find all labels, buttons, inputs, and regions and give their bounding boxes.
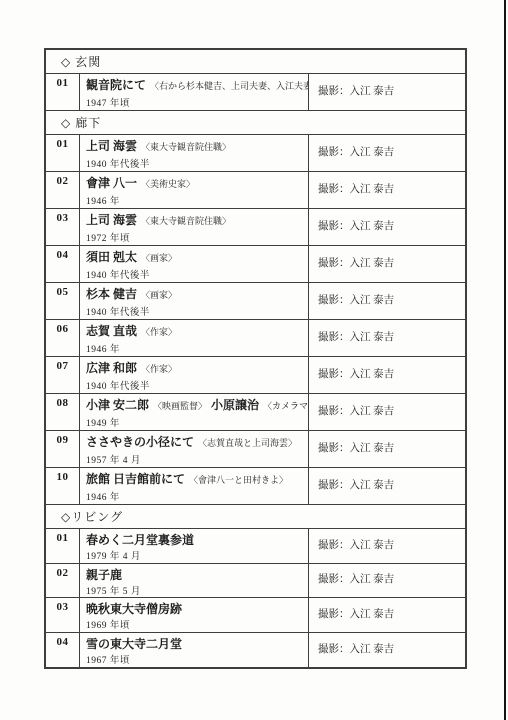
title-line: 小津 安二郎〈映画監督〉小原譲治〈カメラマン〉 bbox=[86, 398, 306, 413]
photographer-credit: 撮影：入江 泰吉 bbox=[309, 598, 465, 632]
table-row: 08小津 安二郎〈映画監督〉小原譲治〈カメラマン〉1949 年撮影：入江 泰吉 bbox=[46, 394, 465, 431]
photo-title: 春めく二月堂裏参道 bbox=[86, 533, 194, 547]
photo-date: 1979 年 4 月 bbox=[86, 552, 306, 563]
row-title-cell: 志賀 直哉〈作家〉1946 年 bbox=[80, 320, 309, 356]
table-row: 01上司 海雲〈東大寺観音院住職〉1940 年代後半撮影：入江 泰吉 bbox=[46, 135, 465, 172]
table-row: 02會津 八一〈美術史家〉1946 年撮影：入江 泰吉 bbox=[46, 172, 465, 209]
photo-title: 小津 安二郎 bbox=[86, 398, 149, 412]
row-number: 01 bbox=[46, 135, 80, 171]
title-line: 志賀 直哉〈作家〉 bbox=[86, 324, 306, 339]
row-number: 02 bbox=[46, 564, 80, 598]
row-title-cell: 上司 海雲〈東大寺観音院住職〉1972 年頃 bbox=[80, 209, 309, 245]
table-row: 02親子鹿1975 年 5 月撮影：入江 泰吉 bbox=[46, 564, 465, 599]
row-title-cell: 春めく二月堂裏参道1979 年 4 月 bbox=[80, 529, 309, 563]
photographer-credit: 撮影：入江 泰吉 bbox=[309, 394, 465, 430]
photo-date: 1969 年頃 bbox=[86, 621, 306, 632]
row-title-cell: 杉本 健吉〈画家〉1940 年代後半 bbox=[80, 283, 309, 319]
row-number: 02 bbox=[46, 172, 80, 208]
photo-annotation: 〈画家〉 bbox=[141, 290, 177, 300]
photo-title: 上司 海雲 bbox=[86, 213, 137, 227]
row-number: 07 bbox=[46, 357, 80, 393]
table-row: 07広津 和郎〈作家〉1940 年代後半撮影：入江 泰吉 bbox=[46, 357, 465, 394]
row-title-cell: 會津 八一〈美術史家〉1946 年 bbox=[80, 172, 309, 208]
row-number: 04 bbox=[46, 246, 80, 282]
row-title-cell: 観音院にて〈右から杉本健吉、上司夫妻、入江夫妻〉1947 年頃 bbox=[80, 74, 309, 110]
row-title-cell: ささやきの小径にて〈志賀直哉と上司海雲〉1957 年 4 月 bbox=[80, 431, 309, 467]
photo-date: 1949 年 bbox=[86, 419, 306, 430]
row-title-cell: 須田 剋太〈画家〉1940 年代後半 bbox=[80, 246, 309, 282]
row-title-cell: 雪の東大寺二月堂1967 年頃 bbox=[80, 633, 309, 668]
row-title-cell: 親子鹿1975 年 5 月 bbox=[80, 564, 309, 598]
photographer-credit: 撮影：入江 泰吉 bbox=[309, 74, 465, 110]
photo-list-table: ◇ 玄関01観音院にて〈右から杉本健吉、上司夫妻、入江夫妻〉1947 年頃撮影：… bbox=[44, 48, 467, 669]
table-row: 01観音院にて〈右から杉本健吉、上司夫妻、入江夫妻〉1947 年頃撮影：入江 泰… bbox=[46, 74, 465, 111]
row-number: 03 bbox=[46, 209, 80, 245]
title-line: 上司 海雲〈東大寺観音院住職〉 bbox=[86, 213, 306, 228]
row-title-cell: 小津 安二郎〈映画監督〉小原譲治〈カメラマン〉1949 年 bbox=[80, 394, 309, 430]
photo-annotation: 〈画家〉 bbox=[141, 253, 177, 263]
photo-title: 杉本 健吉 bbox=[86, 287, 137, 301]
scan-edge-artifact bbox=[504, 0, 506, 720]
photo-date: 1957 年 4 月 bbox=[86, 456, 306, 467]
title-line: 杉本 健吉〈画家〉 bbox=[86, 287, 306, 302]
photo-date: 1940 年代後半 bbox=[86, 382, 306, 393]
photographer-credit: 撮影：入江 泰吉 bbox=[309, 357, 465, 393]
row-number: 01 bbox=[46, 529, 80, 563]
photo-title: 親子鹿 bbox=[86, 568, 122, 582]
photo-title: ささやきの小径にて bbox=[86, 435, 194, 449]
table-row: 03晩秋東大寺僧房跡1969 年頃撮影：入江 泰吉 bbox=[46, 598, 465, 633]
title-line: 雪の東大寺二月堂 bbox=[86, 637, 306, 651]
table-row: 06志賀 直哉〈作家〉1946 年撮影：入江 泰吉 bbox=[46, 320, 465, 357]
photographer-credit: 撮影：入江 泰吉 bbox=[309, 246, 465, 282]
row-number: 10 bbox=[46, 468, 80, 504]
photo-title: 旅館 日吉館前にて bbox=[86, 472, 185, 486]
photographer-credit: 撮影：入江 泰吉 bbox=[309, 209, 465, 245]
title-line: 観音院にて〈右から杉本健吉、上司夫妻、入江夫妻〉 bbox=[86, 78, 306, 93]
photographer-credit: 撮影：入江 泰吉 bbox=[309, 172, 465, 208]
row-number: 06 bbox=[46, 320, 80, 356]
photo-title: 晩秋東大寺僧房跡 bbox=[86, 602, 182, 616]
photo-title: 須田 剋太 bbox=[86, 250, 137, 264]
title-line: ささやきの小径にて〈志賀直哉と上司海雲〉 bbox=[86, 435, 306, 450]
photo-date: 1967 年頃 bbox=[86, 656, 306, 667]
photo-annotation: 〈右から杉本健吉、上司夫妻、入江夫妻〉 bbox=[150, 81, 309, 91]
photographer-credit: 撮影：入江 泰吉 bbox=[309, 283, 465, 319]
photo-date: 1940 年代後半 bbox=[86, 160, 306, 171]
photo-title: 志賀 直哉 bbox=[86, 324, 137, 338]
row-number: 04 bbox=[46, 633, 80, 668]
title-line: 春めく二月堂裏参道 bbox=[86, 533, 306, 547]
row-title-cell: 晩秋東大寺僧房跡1969 年頃 bbox=[80, 598, 309, 632]
row-number: 08 bbox=[46, 394, 80, 430]
section-heading: ◇リビング bbox=[46, 505, 465, 529]
photo-date: 1947 年頃 bbox=[86, 99, 306, 110]
section-heading: ◇ 玄関 bbox=[46, 50, 465, 74]
row-title-cell: 上司 海雲〈東大寺観音院住職〉1940 年代後半 bbox=[80, 135, 309, 171]
photographer-credit: 撮影：入江 泰吉 bbox=[309, 564, 465, 598]
photo-title: 會津 八一 bbox=[86, 176, 137, 190]
row-number: 09 bbox=[46, 431, 80, 467]
row-title-cell: 広津 和郎〈作家〉1940 年代後半 bbox=[80, 357, 309, 393]
row-title-cell: 旅館 日吉館前にて〈會津八一と田村きよ〉1946 年 bbox=[80, 468, 309, 504]
photographer-credit: 撮影：入江 泰吉 bbox=[309, 135, 465, 171]
table-row: 05杉本 健吉〈画家〉1940 年代後半撮影：入江 泰吉 bbox=[46, 283, 465, 320]
row-number: 01 bbox=[46, 74, 80, 110]
title-line: 須田 剋太〈画家〉 bbox=[86, 250, 306, 265]
photo-title: 上司 海雲 bbox=[86, 139, 137, 153]
photo-date: 1946 年 bbox=[86, 197, 306, 208]
photo-title: 小原譲治 bbox=[211, 398, 259, 412]
photo-date: 1946 年 bbox=[86, 345, 306, 356]
photo-title: 観音院にて bbox=[86, 78, 146, 92]
table-row: 04雪の東大寺二月堂1967 年頃撮影：入江 泰吉 bbox=[46, 633, 465, 668]
photo-annotation: 〈映画監督〉 bbox=[153, 401, 207, 411]
photographer-credit: 撮影：入江 泰吉 bbox=[309, 529, 465, 563]
table-row: 04須田 剋太〈画家〉1940 年代後半撮影：入江 泰吉 bbox=[46, 246, 465, 283]
photo-annotation: 〈東大寺観音院住職〉 bbox=[141, 216, 231, 226]
row-number: 03 bbox=[46, 598, 80, 632]
photographer-credit: 撮影：入江 泰吉 bbox=[309, 320, 465, 356]
title-line: 上司 海雲〈東大寺観音院住職〉 bbox=[86, 139, 306, 154]
photo-title: 雪の東大寺二月堂 bbox=[86, 637, 182, 651]
photo-annotation: 〈作家〉 bbox=[141, 327, 177, 337]
photo-annotation: 〈カメラマン〉 bbox=[263, 401, 309, 411]
photo-date: 1940 年代後半 bbox=[86, 308, 306, 319]
photo-date: 1946 年 bbox=[86, 493, 306, 504]
table-row: 01春めく二月堂裏参道1979 年 4 月撮影：入江 泰吉 bbox=[46, 529, 465, 564]
section-heading: ◇ 廊下 bbox=[46, 111, 465, 135]
title-line: 晩秋東大寺僧房跡 bbox=[86, 602, 306, 616]
photographer-credit: 撮影：入江 泰吉 bbox=[309, 431, 465, 467]
title-line: 會津 八一〈美術史家〉 bbox=[86, 176, 306, 191]
photo-title: 広津 和郎 bbox=[86, 361, 137, 375]
photo-annotation: 〈作家〉 bbox=[141, 364, 177, 374]
photo-date: 1972 年頃 bbox=[86, 234, 306, 245]
photographer-credit: 撮影：入江 泰吉 bbox=[309, 633, 465, 668]
photo-annotation: 〈會津八一と田村きよ〉 bbox=[189, 475, 288, 485]
title-line: 親子鹿 bbox=[86, 568, 306, 582]
table-row: 10旅館 日吉館前にて〈會津八一と田村きよ〉1946 年撮影：入江 泰吉 bbox=[46, 468, 465, 505]
photo-annotation: 〈東大寺観音院住職〉 bbox=[141, 142, 231, 152]
photo-annotation: 〈志賀直哉と上司海雲〉 bbox=[198, 438, 297, 448]
table-row: 03上司 海雲〈東大寺観音院住職〉1972 年頃撮影：入江 泰吉 bbox=[46, 209, 465, 246]
row-number: 05 bbox=[46, 283, 80, 319]
title-line: 広津 和郎〈作家〉 bbox=[86, 361, 306, 376]
title-line: 旅館 日吉館前にて〈會津八一と田村きよ〉 bbox=[86, 472, 306, 487]
photo-annotation: 〈美術史家〉 bbox=[141, 179, 195, 189]
photographer-credit: 撮影：入江 泰吉 bbox=[309, 468, 465, 504]
photo-date: 1940 年代後半 bbox=[86, 271, 306, 282]
table-row: 09ささやきの小径にて〈志賀直哉と上司海雲〉1957 年 4 月撮影：入江 泰吉 bbox=[46, 431, 465, 468]
photo-date: 1975 年 5 月 bbox=[86, 587, 306, 598]
